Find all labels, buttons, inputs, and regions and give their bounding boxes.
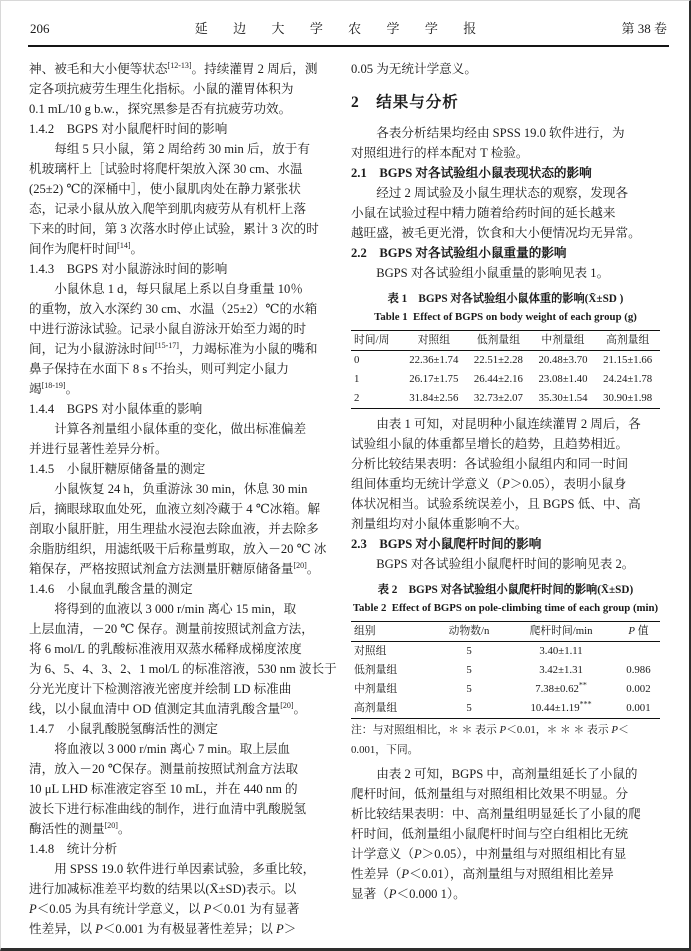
- text-line: 0.05 为无统计学意义。: [351, 59, 660, 79]
- text-line: 经过 2 周试验及小鼠生理状态的观察，发现各: [351, 183, 660, 203]
- table-cell: 低剂量组: [351, 661, 433, 680]
- column-header: P 值: [617, 622, 660, 642]
- table-cell: 20.48±3.70: [531, 351, 596, 371]
- table-row: 高剂量组510.44±1.19***0.001: [351, 699, 660, 719]
- subsection-heading: 1.4.8 统计分析: [29, 839, 338, 859]
- column-header: 低剂量组: [466, 331, 531, 351]
- table-cell: 31.84±2.56: [402, 389, 467, 409]
- text-line: 中进行游泳试验。记录小鼠自游泳开始至力竭的时: [29, 319, 338, 339]
- subsection-heading: 1.4.4 BGPS 对小鼠体重的影响: [29, 399, 338, 419]
- text-line: 间，记为小鼠游泳时间[15-17]，力竭标准为小鼠的嘴和: [29, 339, 338, 359]
- text-line: 剂量组均对小鼠体重影响不大。: [351, 514, 660, 534]
- text-line: 试验组小鼠的体重都呈增长的趋势，且趋势相近。: [351, 434, 660, 454]
- text-line: 神、被毛和大小便等状态[12-13]。持续灌胃 2 周后，测: [29, 59, 338, 79]
- text-line: 态，记录小鼠从放入爬竿到肌肉疲劳从有机杆上落: [29, 199, 338, 219]
- text-line: 箱保存，严格按照试剂盒方法测量肝糖原储备量[20]。: [29, 559, 338, 579]
- text-line: 波长下进行标准曲线的制作，进行血清中乳酸脱氢: [29, 799, 338, 819]
- table-caption-cn: 表 1 BGPS 对各试验组小鼠体重的影响(X̄±SD ): [351, 290, 660, 309]
- text-line: 体状况相当。试验系统误差小，且 BGPS 低、中、高: [351, 494, 660, 514]
- table-cell: 5: [433, 661, 505, 680]
- text-line: (25±2) ℃的深桶中］，使小鼠肌肉处在静力紧张状: [29, 179, 338, 199]
- page-number: 206: [30, 21, 50, 37]
- text-line: 计算各剂量组小鼠体重的变化，做出标准偏差: [29, 419, 338, 439]
- table-row: 022.36±1.7422.51±2.2820.48±3.7021.15±1.6…: [351, 351, 660, 371]
- text-line: 性差异，以 P＜0.001 为有极显著性差异；以 P＞: [29, 919, 338, 939]
- text-line: 将得到的血液以 3 000 r/min 离心 15 min，取: [29, 599, 338, 619]
- text-line: 小鼠休息 1 d，每只鼠尾上系以自身重量 10％: [29, 279, 338, 299]
- table-cell: 2: [351, 389, 402, 409]
- column-header: 爬杆时间/min: [505, 622, 617, 642]
- table-cell: 0.002: [617, 680, 660, 699]
- column-header: 动物数/n: [433, 622, 505, 642]
- text-line: 酶活性的测量[20]。: [29, 819, 338, 839]
- table-cell: 30.90±1.98: [595, 389, 660, 409]
- right-column: 0.05 为无统计学意义。2 结果与分析 各表分析结果均经由 SPSS 19.0…: [351, 59, 660, 939]
- table-header-row: 组别动物数/n爬杆时间/minP 值: [351, 622, 660, 642]
- text-line: 剖取小鼠肝脏，用生理盐水浸泡去除血液，并去除多: [29, 519, 338, 539]
- table-row: 中剂量组57.38±0.62**0.002: [351, 680, 660, 699]
- subsection-heading: 2.2 BGPS 对各试验组小鼠重量的影响: [351, 243, 660, 263]
- volume-label: 第 38 卷: [621, 18, 667, 37]
- subsection-heading: 1.4.3 BGPS 对小鼠游泳时间的影响: [29, 259, 338, 279]
- table-cell: 5: [433, 699, 505, 719]
- column-header: 组别: [351, 622, 433, 642]
- table-cell: 对照组: [351, 642, 433, 662]
- table-cell: 26.44±2.16: [466, 370, 531, 389]
- table-row: 低剂量组53.42±1.310.986: [351, 661, 660, 680]
- text-line: 定各项抗疲劳生理生化指标。小鼠的灌胃体积为: [29, 79, 338, 99]
- text-line: 越旺盛，被毛更光滑，饮食和大小便情况均无异常。: [351, 223, 660, 243]
- table1: 时间/周对照组低剂量组中剂量组高剂量组022.36±1.7422.51±2.28…: [351, 330, 660, 409]
- subsection-heading: 1.4.2 BGPS 对小鼠爬杆时间的影响: [29, 119, 338, 139]
- text-line: 性差异（P＜0.01），高剂量组与对照组相比差异: [351, 864, 660, 884]
- subsection-heading: 1.4.7 小鼠乳酸脱氢酶活性的测定: [29, 719, 338, 739]
- two-column-body: 神、被毛和大小便等状态[12-13]。持续灌胃 2 周后，测定各项抗疲劳生理生化…: [1, 47, 689, 939]
- table-cell: 22.36±1.74: [402, 351, 467, 371]
- text-line: 下来的时间，第 3 次落水时停止试验，累计 3 次的时: [29, 219, 338, 239]
- table-caption-en: Table 1 Effect of BGPS on body weight of…: [351, 309, 660, 326]
- text-line: 析比较结果表明：中、高剂量组明显延长了小鼠的爬: [351, 804, 660, 824]
- table-cell: 3.40±1.11: [505, 642, 617, 662]
- text-line: 余脂肪组织，用滤纸吸干后称量剪取，放入－20 ℃ 冰: [29, 539, 338, 559]
- text-line: 爬杆时间，低剂量组与对照组相比效果不明显。分: [351, 784, 660, 804]
- table-cell: 24.24±1.78: [595, 370, 660, 389]
- page-header: 206 延 边 大 学 农 学 学 报 第 38 卷: [28, 1, 669, 47]
- text-line: 将 6 mol/L 的乳酸标准液用双蒸水稀释成梯度浓度: [29, 639, 338, 659]
- text-line: 为 6、5、4、3、2、1 mol/L 的标准溶液，530 nm 波长于: [29, 659, 338, 679]
- text-line: 后，摘眼球取血处死，血液立刻冷藏于 4 ℃冰箱。解: [29, 499, 338, 519]
- text-line: 杆时间，低剂量组小鼠爬杆时间与空白组相比无统: [351, 824, 660, 844]
- subsection-heading: 1.4.6 小鼠血乳酸含量的测定: [29, 579, 338, 599]
- table-cell: 21.15±1.66: [595, 351, 660, 371]
- table-cell: 0.986: [617, 661, 660, 680]
- text-line: 0.1 mL/10 g b.w.，探究黑参是否有抗疲劳功效。: [29, 99, 338, 119]
- table-cell: 5: [433, 680, 505, 699]
- table-header-row: 时间/周对照组低剂量组中剂量组高剂量组: [351, 331, 660, 351]
- table-row: 231.84±2.5632.73±2.0735.30±1.5430.90±1.9…: [351, 389, 660, 409]
- text-line: 清，放入－20 ℃保存。测量前按照试剂盒方法取: [29, 759, 338, 779]
- text-line: 各表分析结果均经由 SPSS 19.0 软件进行，为: [351, 123, 660, 143]
- subsection-heading: 1.4.5 小鼠肝糖原储备量的测定: [29, 459, 338, 479]
- text-line: 间作为爬杆时间[14]。: [29, 239, 338, 259]
- table2-block: 表 2 BGPS 对各试验组小鼠爬杆时间的影响(X̄±SD)Table 2 Ef…: [351, 581, 660, 759]
- text-line: 由表 1 可知，对昆明种小鼠连续灌胃 2 周后，各: [351, 414, 660, 434]
- table-cell: 3.42±1.31: [505, 661, 617, 680]
- table-cell: 0: [351, 351, 402, 371]
- table-note: 0.001，下同。: [351, 742, 660, 759]
- column-header: 对照组: [402, 331, 467, 351]
- table-row: 126.17±1.7526.44±2.1623.08±1.4024.24±1.7…: [351, 370, 660, 389]
- table-cell: 26.17±1.75: [402, 370, 467, 389]
- table1-block: 表 1 BGPS 对各试验组小鼠体重的影响(X̄±SD )Table 1 Eff…: [351, 290, 660, 409]
- text-line: 小鼠在试验过程中精力随着给药时间的延长越来: [351, 203, 660, 223]
- text-line: 小鼠恢复 24 h，负重游泳 30 min，休息 30 min: [29, 479, 338, 499]
- text-line: P＜0.05 为具有统计学意义，以 P＜0.01 为有显著: [29, 899, 338, 919]
- table-caption-en: Table 2 Effect of BGPS on pole-climbing …: [351, 600, 660, 617]
- column-header: 高剂量组: [595, 331, 660, 351]
- text-line: 竭[18-19]。: [29, 379, 338, 399]
- subsection-heading: 2.1 BGPS 对各试验组小鼠表现状态的影响: [351, 163, 660, 183]
- text-line: 10 μL LHD 标准液定容至 10 mL，并在 440 nm 的: [29, 779, 338, 799]
- text-line: 的重物，放入水深约 30 cm、水温（25±2）℃的水箱: [29, 299, 338, 319]
- table-cell: 中剂量组: [351, 680, 433, 699]
- table-cell: 0.001: [617, 699, 660, 719]
- section-heading: 2 结果与分析: [351, 93, 660, 113]
- text-line: 计学意义（P＞0.05），中剂量组与对照组相比有显: [351, 844, 660, 864]
- table-cell: 10.44±1.19***: [505, 699, 617, 719]
- table-cell: [617, 642, 660, 662]
- text-line: BGPS 对各试验组小鼠爬杆时间的影响见表 2。: [351, 554, 660, 574]
- text-line: 分析比较结果表明：各试验组小鼠组内和同一时间: [351, 454, 660, 474]
- column-header: 时间/周: [351, 331, 402, 351]
- table2: 组别动物数/n爬杆时间/minP 值对照组53.40±1.11低剂量组53.42…: [351, 621, 660, 719]
- text-line: 鼻子保持在水面下 8 s 不抬头，则可判定小鼠力: [29, 359, 338, 379]
- table-cell: 32.73±2.07: [466, 389, 531, 409]
- left-column: 神、被毛和大小便等状态[12-13]。持续灌胃 2 周后，测定各项抗疲劳生理生化…: [29, 59, 338, 939]
- table-caption-cn: 表 2 BGPS 对各试验组小鼠爬杆时间的影响(X̄±SD): [351, 581, 660, 600]
- text-line: 上层血清，－20 ℃ 保存。测量前按照试剂盒方法，: [29, 619, 338, 639]
- text-line: 组间体重均无统计学意义（P＞0.05），表明小鼠身: [351, 474, 660, 494]
- text-line: 机玻璃杆上［试验时将爬杆架放入深 30 cm、水温: [29, 159, 338, 179]
- text-line: 线，以小鼠血清中 OD 值测定其血清乳酸含量[20]。: [29, 699, 338, 719]
- text-line: 用 SPSS 19.0 软件进行单因素试验，多重比较，: [29, 859, 338, 879]
- table-cell: 5: [433, 642, 505, 662]
- table-cell: 22.51±2.28: [466, 351, 531, 371]
- text-line: 分光光度计下检测溶液光密度并绘制 LD 标准曲: [29, 679, 338, 699]
- table-row: 对照组53.40±1.11: [351, 642, 660, 662]
- table-cell: 7.38±0.62**: [505, 680, 617, 699]
- text-line: 每组 5 只小鼠，第 2 周给药 30 min 后，放于有: [29, 139, 338, 159]
- text-line: 进行加减标准差平均数的结果以(X̄±SD)表示。以: [29, 879, 338, 899]
- text-line: 显著（P＜0.000 1）。: [351, 884, 660, 904]
- table-cell: 35.30±1.54: [531, 389, 596, 409]
- journal-title: 延 边 大 学 农 学 学 报: [184, 18, 488, 37]
- journal-page: 206 延 边 大 学 农 学 学 报 第 38 卷 神、被毛和大小便等状态[1…: [0, 0, 691, 951]
- table-cell: 高剂量组: [351, 699, 433, 719]
- text-line: 并进行显著性差异分析。: [29, 439, 338, 459]
- table-cell: 1: [351, 370, 402, 389]
- table-cell: 23.08±1.40: [531, 370, 596, 389]
- text-line: 将血液以 3 000 r/min 离心 7 min。取上层血: [29, 739, 338, 759]
- subsection-heading: 2.3 BGPS 对小鼠爬杆时间的影响: [351, 534, 660, 554]
- text-line: 由表 2 可知，BGPS 中，高剂量组延长了小鼠的: [351, 764, 660, 784]
- text-line: 对照组进行的样本配对 T 检验。: [351, 143, 660, 163]
- column-header: 中剂量组: [531, 331, 596, 351]
- table-note: 注：与对照组相比，＊ ＊ 表示 P＜0.01，＊ ＊ ＊ 表示 P＜: [351, 722, 660, 739]
- text-line: BGPS 对各试验组小鼠重量的影响见表 1。: [351, 263, 660, 283]
